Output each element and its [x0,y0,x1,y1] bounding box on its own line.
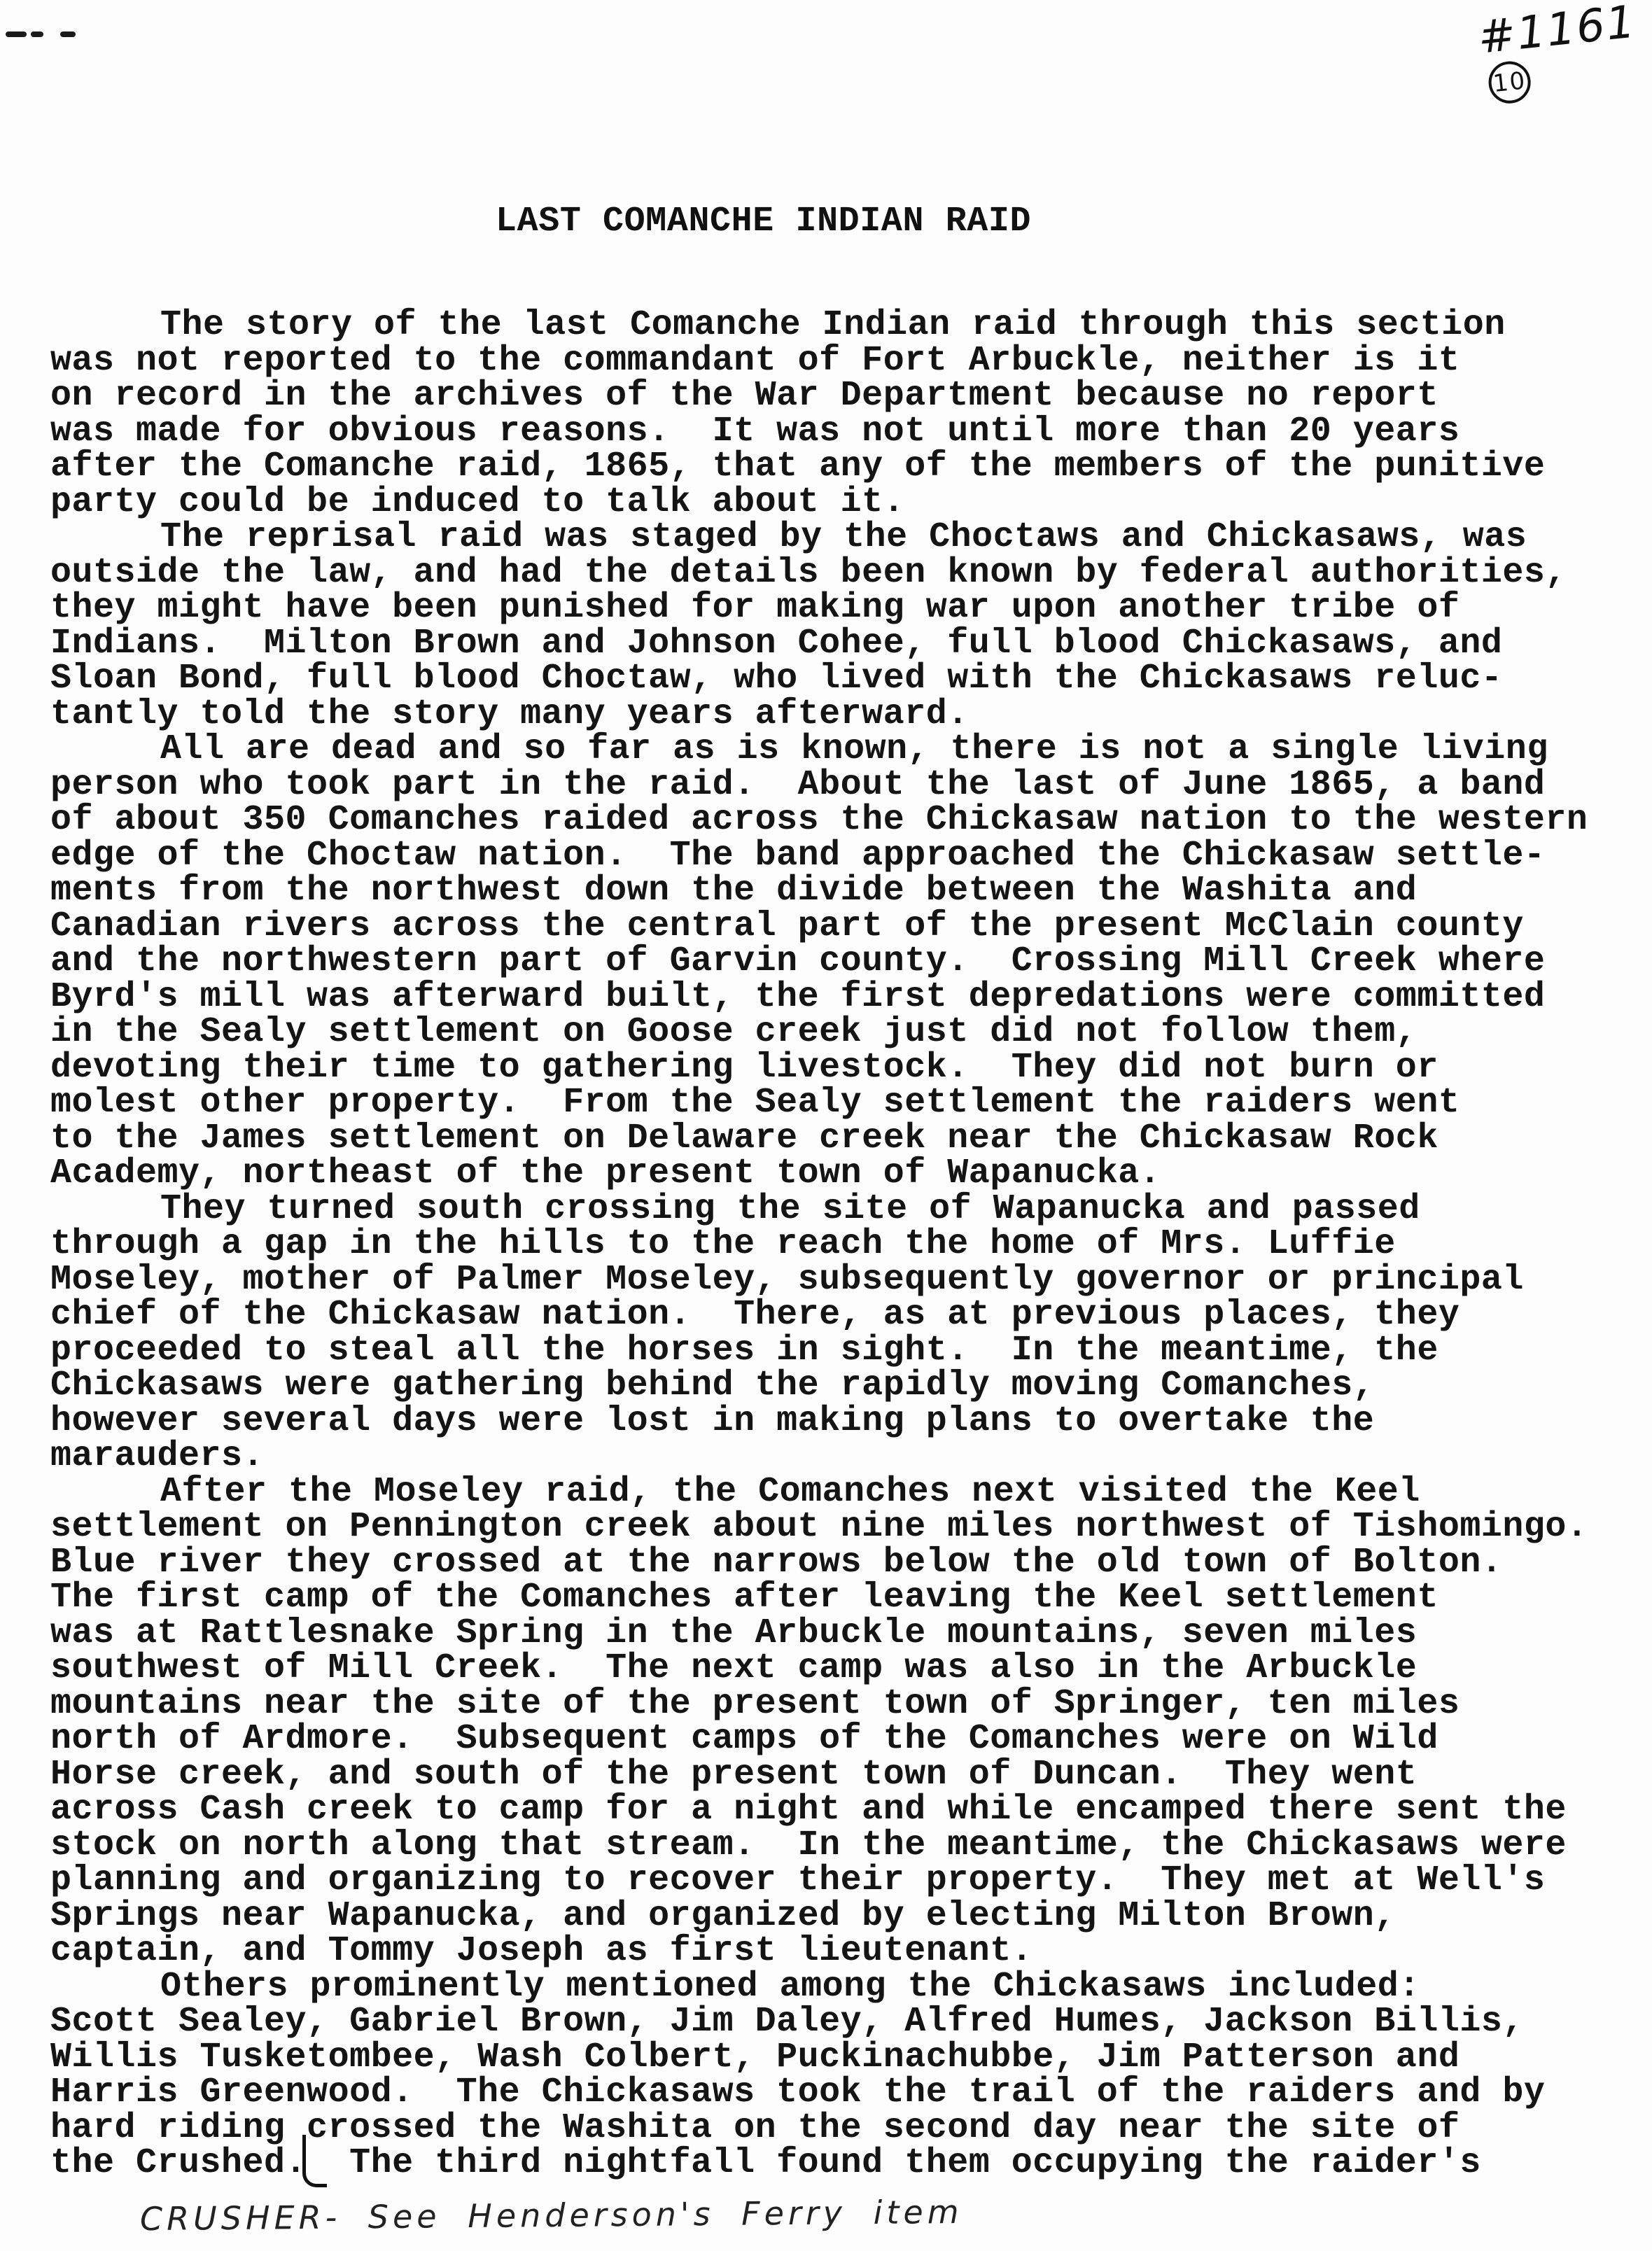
text-line: captain, and Tommy Joseph as first lieut… [50,1934,1588,1970]
text-line: north of Ardmore. Subsequent camps of th… [50,1722,1588,1758]
text-line: was made for obvious reasons. It was not… [50,414,1588,450]
text-line: planning and organizing to recover their… [50,1863,1588,1899]
text-line: Indians. Milton Brown and Johnson Cohee,… [50,626,1588,662]
text-line: chief of the Chickasaw nation. There, as… [50,1298,1588,1333]
document-body: The story of the last Comanche Indian ra… [50,308,1588,2182]
text-line: marauders. [50,1439,1588,1475]
circled-page-number: 10 [1487,59,1533,106]
text-line: of about 350 Comanches raided across the… [50,803,1588,839]
text-line: Scott Sealey, Gabriel Brown, Jim Daley, … [50,2005,1588,2040]
text-line: through a gap in the hills to the reach … [50,1227,1588,1263]
text-line: however several days were lost in making… [50,1404,1588,1440]
text-line: across Cash creek to camp for a night an… [50,1793,1588,1828]
text-line: proceeded to steal all the horses in sig… [50,1333,1588,1369]
text-line: hard riding crossed the Washita on the s… [50,2111,1588,2147]
text-line: outside the law, and had the details bee… [50,556,1588,591]
text-line: Horse creek, and south of the present to… [50,1758,1588,1793]
text-line: and the northwestern part of Garvin coun… [50,944,1588,980]
handwritten-footnote-mark [302,2135,327,2187]
text-line: The reprisal raid was staged by the Choc… [50,520,1588,556]
handwritten-footnote: CRUSHER- See Henderson's Ferry item [140,2193,963,2238]
text-line: Chickasaws were gathering behind the rap… [50,1368,1588,1404]
text-line: settlement on Pennington creek about nin… [50,1510,1588,1545]
text-line: The story of the last Comanche Indian ra… [50,308,1588,344]
text-line: on record in the archives of the War Dep… [50,379,1588,414]
text-line: molest other property. From the Sealy se… [50,1086,1588,1121]
text-line: to the James settlement on Delaware cree… [50,1121,1588,1157]
text-line: The first camp of the Comanches after le… [50,1580,1588,1616]
text-line: tantly told the story many years afterwa… [50,697,1588,733]
document-page: #116110 LAST COMANCHE INDIAN RAID The st… [0,0,1652,2251]
text-line: They turned south crossing the site of W… [50,1192,1588,1228]
text-line: ments from the northwest down the divide… [50,874,1588,909]
text-line: Byrd's mill was afterward built, the fir… [50,980,1588,1016]
text-line: after the Comanche raid, 1865, that any … [50,449,1588,485]
text-line: Sloan Bond, full blood Choctaw, who live… [50,661,1588,697]
text-line: mountains near the site of the present t… [50,1687,1588,1723]
scan-smudge-mark [6,31,76,37]
text-line: All are dead and so far as is known, the… [50,732,1588,768]
text-line: was not reported to the commandant of Fo… [50,344,1588,379]
text-line: Willis Tusketombee, Wash Colbert, Puckin… [50,2040,1588,2076]
text-line: Blue river they crossed at the narrows b… [50,1545,1588,1581]
text-line: they might have been punished for making… [50,591,1588,626]
handwritten-catalog-annotation: #116110 [1476,0,1652,115]
text-line: person who took part in the raid. About … [50,768,1588,804]
text-line: Harris Greenwood. The Chickasaws took th… [50,2075,1588,2111]
text-line: stock on north along that stream. In the… [50,1828,1588,1864]
text-line: edge of the Choctaw nation. The band app… [50,839,1588,874]
text-line: was at Rattlesnake Spring in the Arbuckl… [50,1616,1588,1652]
text-line: southwest of Mill Creek. The next camp w… [50,1651,1588,1687]
document-title: LAST COMANCHE INDIAN RAID [496,202,1031,241]
catalog-number: #1161 [1476,0,1639,64]
text-line: Springs near Wapanucka, and organized by… [50,1899,1588,1935]
text-line: the Crushed. The third nightfall found t… [50,2146,1588,2182]
text-line: in the Sealy settlement on Goose creek j… [50,1015,1588,1051]
text-line: Canadian rivers across the central part … [50,909,1588,945]
text-line: party could be induced to talk about it. [50,485,1588,521]
text-line: Academy, northeast of the present town o… [50,1156,1588,1192]
text-line: devoting their time to gathering livesto… [50,1051,1588,1086]
text-line: Others prominently mentioned among the C… [50,1970,1588,2005]
text-line: Moseley, mother of Palmer Moseley, subse… [50,1263,1588,1298]
text-line: After the Moseley raid, the Comanches ne… [50,1475,1588,1510]
